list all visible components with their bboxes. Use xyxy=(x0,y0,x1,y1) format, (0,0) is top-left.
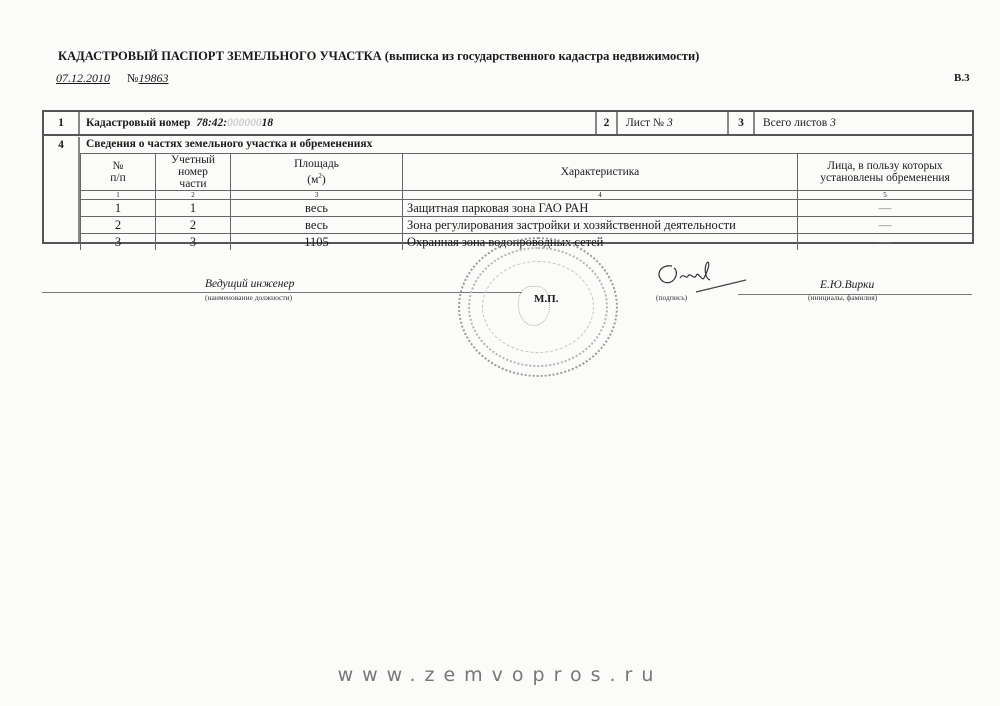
date-line: 07.12.2010 №19863 xyxy=(56,71,168,86)
position-caption: (наименование должности) xyxy=(205,293,292,302)
column-index-row: 1 2 3 4 5 xyxy=(81,191,973,200)
cadastral-masked: 000000 xyxy=(227,117,262,129)
name-caption: (инициалы, фамилия) xyxy=(808,293,877,302)
cell-part: 3 xyxy=(156,234,231,251)
parts-table: №п/п Учетный номерчасти Площадь(м2) Хара… xyxy=(80,153,972,250)
cell-part: 1 xyxy=(156,200,231,217)
col-header-part: Учетный номерчасти xyxy=(156,154,231,191)
seal-label: М.П. xyxy=(534,293,558,305)
sheet-number-cell: Лист №3 xyxy=(618,112,729,134)
signature-caption: (подпись) xyxy=(656,293,687,302)
cadastral-number-label: Кадастровый номер xyxy=(86,117,190,129)
col-header-area: Площадь(м2) xyxy=(231,154,403,191)
cell-beneficiary: — xyxy=(798,217,973,234)
field-1-number: 1 xyxy=(44,112,80,134)
col-index: 3 xyxy=(231,191,403,200)
sheet-value: 3 xyxy=(667,117,673,129)
number-label: № xyxy=(127,71,138,85)
table-row: 2 2 весь Зона регулирования застройки и … xyxy=(81,217,973,234)
col-index: 4 xyxy=(403,191,798,200)
cell-area: весь xyxy=(231,200,403,217)
cadastral-number-cell: Кадастровый номер 78:42:00000018 xyxy=(80,112,597,134)
col-index: 5 xyxy=(798,191,973,200)
cadastral-suffix: 18 xyxy=(262,117,274,129)
document-date: 07.12.2010 xyxy=(56,71,110,85)
cell-part: 2 xyxy=(156,217,231,234)
cell-description: Защитная парковая зона ГАО РАН xyxy=(403,200,798,217)
cadastral-row: 1 Кадастровый номер 78:42:00000018 2 Лис… xyxy=(44,112,972,136)
col-header-description: Характеристика xyxy=(403,154,798,191)
cell-area: весь xyxy=(231,217,403,234)
document-number: 19863 xyxy=(138,71,168,85)
cell-beneficiary: — xyxy=(798,234,973,251)
field-4-number: 4 xyxy=(44,137,80,242)
position-title: Ведущий инженер xyxy=(205,278,294,290)
cell-description: Зона регулирования застройки и хозяйстве… xyxy=(403,217,798,234)
cell-description: Охранная зона водопроводных сетей xyxy=(403,234,798,251)
total-sheets-label: Всего листов xyxy=(763,117,827,129)
table-row: 1 1 весь Защитная парковая зона ГАО РАН … xyxy=(81,200,973,217)
cell-no: 3 xyxy=(81,234,156,251)
cadastral-prefix: 78:42: xyxy=(196,117,227,129)
sheet-label: Лист № xyxy=(626,117,664,129)
field-2-number: 2 xyxy=(597,112,618,134)
watermark-url: www.zemvopros.ru xyxy=(0,664,1000,686)
signer-name: Е.Ю.Вирки xyxy=(820,279,874,291)
col-index: 2 xyxy=(156,191,231,200)
cell-area: 1105 xyxy=(231,234,403,251)
col-index: 1 xyxy=(81,191,156,200)
field-3-number: 3 xyxy=(729,112,755,134)
cadastral-number-value: 78:42:00000018 xyxy=(196,117,273,129)
coat-of-arms-emblem-icon xyxy=(518,286,550,326)
total-sheets-value: 3 xyxy=(830,117,836,129)
cell-no: 1 xyxy=(81,200,156,217)
handwritten-signature-icon xyxy=(650,258,750,298)
sheet-code: В.3 xyxy=(954,72,970,84)
col-header-beneficiary: Лица, в пользу которыхустановлены обреме… xyxy=(798,154,973,191)
section-title: Сведения о частях земельного участка и о… xyxy=(86,138,372,150)
cell-no: 2 xyxy=(81,217,156,234)
col-header-no: №п/п xyxy=(81,154,156,191)
cell-beneficiary: — xyxy=(798,200,973,217)
total-sheets-cell: Всего листов3 xyxy=(755,112,972,134)
table-header-row: №п/п Учетный номерчасти Площадь(м2) Хара… xyxy=(81,154,973,191)
document-title: КАДАСТРОВЫЙ ПАСПОРТ ЗЕМЕЛЬНОГО УЧАСТКА (… xyxy=(58,49,699,64)
